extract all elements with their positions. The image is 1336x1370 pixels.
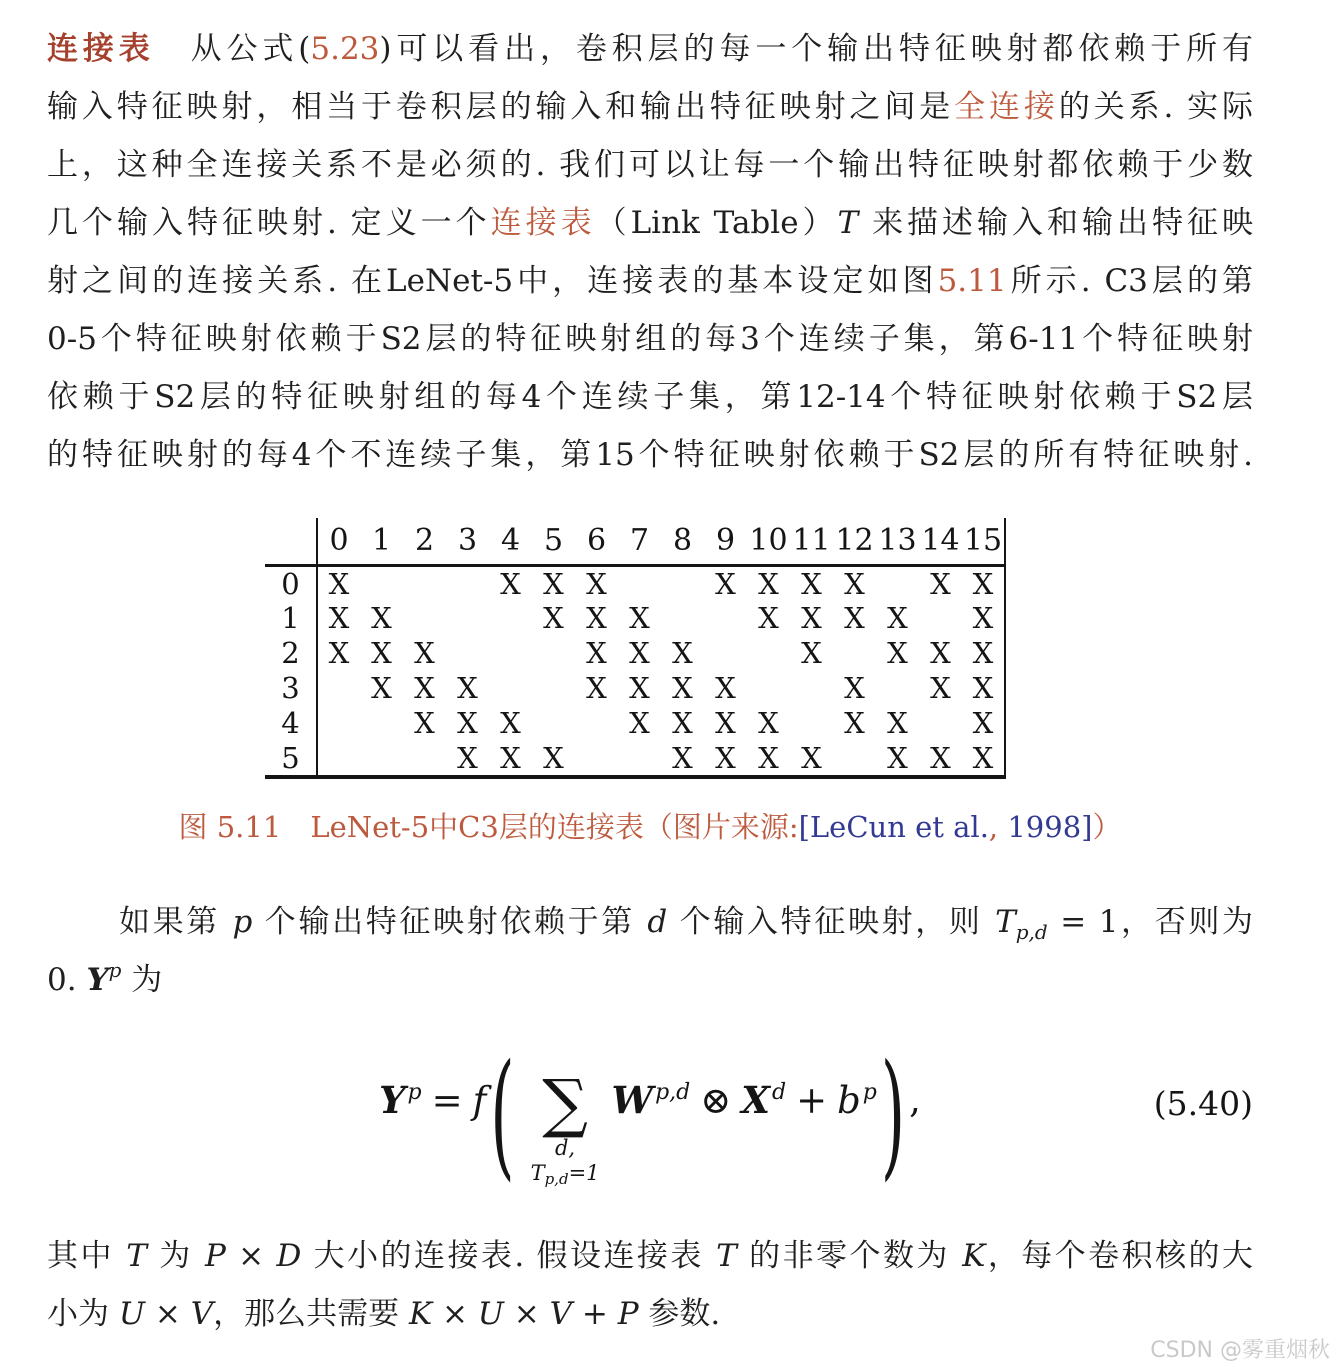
eq-comma: ,	[909, 1078, 921, 1121]
text-run: T	[995, 904, 1016, 940]
text-run: ×	[432, 1296, 478, 1332]
row-header: 3	[265, 671, 317, 706]
connection-mark: X	[919, 565, 962, 601]
connection-mark: X	[532, 601, 575, 636]
connection-mark: X	[360, 601, 403, 636]
paragraph-parameters: 其中 T 为 P × D 大小的连接表. 假设连接表 T 的非零个数为 K，每个…	[47, 1227, 1253, 1343]
connection-mark: X	[489, 565, 532, 601]
text-line: 依赖于S2层的特征映射组的每4个连续子集，第12-14个特征映射依赖于S2层	[47, 368, 1253, 426]
text-run: 来描述输入和输出特征映	[858, 205, 1253, 241]
eq-plus: +	[796, 1079, 827, 1122]
empty-cell	[532, 636, 575, 671]
connection-mark: X	[446, 706, 489, 741]
empty-cell	[790, 706, 833, 741]
text-run: 个输入特征映射，则	[667, 904, 995, 940]
text-line: 的特征映射的每4个不连续子集，第15个特征映射依赖于S2层的所有特征映射.	[47, 426, 1253, 484]
connection-table-body: 0XXXXXXXXXX1XXXXXXXXXX2XXXXXXXXXX3XXXXXX…	[265, 565, 1005, 777]
text-run: 射之间的连接关系. 在LeNet-5中，连接表的基本设定如图	[47, 263, 938, 299]
eq-close-paren: )	[881, 1046, 905, 1182]
header-row: 0123456789101112131415	[265, 518, 1005, 565]
empty-cell	[403, 741, 446, 777]
connection-mark: X	[360, 671, 403, 706]
connection-mark: X	[403, 671, 446, 706]
text-run: ）	[1092, 810, 1121, 844]
empty-cell	[446, 601, 489, 636]
page-content: 连接表 从公式(5.23)可以看出，卷积层的每一个输出特征映射都依赖于所有 输入…	[47, 20, 1253, 1343]
eq-sum-block: ∑ d, Tp,d=1	[531, 1072, 600, 1186]
empty-cell	[532, 671, 575, 706]
connection-mark: X	[747, 741, 790, 777]
sum-limit-line2: Tp,d=1	[531, 1161, 600, 1186]
text-line: 其中 T 为 P × D 大小的连接表. 假设连接表 T 的非零个数为 K，每个…	[47, 1227, 1253, 1285]
text-run: （Link Table）	[596, 205, 838, 241]
empty-cell	[317, 741, 360, 777]
eq-bias-base: b	[837, 1079, 861, 1122]
text-line: 射之间的连接关系. 在LeNet-5中，连接表的基本设定如图5.11所示. C3…	[47, 252, 1253, 310]
text-run: 个输出特征映射依赖于第	[252, 904, 647, 940]
text-run: p,d	[1016, 920, 1048, 944]
connection-mark: X	[575, 671, 618, 706]
text-run: 0-5个特征映射依赖于S2层的特征映射组的每3个连续子集，第6-11个特征映射	[47, 321, 1253, 357]
connection-mark: X	[876, 741, 919, 777]
connection-mark: X	[790, 741, 833, 777]
connection-mark: X	[833, 706, 876, 741]
reference-link[interactable]: 全连接	[954, 89, 1059, 125]
empty-cell	[876, 565, 919, 601]
connection-mark: X	[833, 601, 876, 636]
text-run: U	[119, 1296, 145, 1332]
connection-mark: X	[489, 706, 532, 741]
connection-mark: X	[317, 601, 360, 636]
text-run: 小为	[47, 1296, 119, 1332]
reference-link[interactable]: 1998]	[998, 810, 1092, 844]
connection-mark: X	[661, 671, 704, 706]
connection-mark: X	[919, 741, 962, 777]
eq-lhs-group: Yp=f	[379, 1078, 486, 1122]
figure-caption: 图 5.11 LeNet-5中C3层的连接表（图片来源:[LeCun et al…	[47, 805, 1253, 849]
text-run: ×	[145, 1296, 191, 1332]
text-run: 依赖于S2层的特征映射组的每4个连续子集，第12-14个特征映射依赖于S2层	[47, 379, 1253, 415]
empty-cell	[575, 741, 618, 777]
empty-cell	[876, 671, 919, 706]
text-run: ×	[504, 1296, 550, 1332]
connection-mark: X	[317, 636, 360, 671]
text-run: +	[572, 1296, 618, 1332]
connection-mark: X	[575, 636, 618, 671]
reference-link[interactable]: 5.11	[938, 263, 1007, 299]
connection-mark: X	[317, 565, 360, 601]
connection-mark: X	[532, 741, 575, 777]
text-run: LeNet-5中C3层的连接表（图片来源:	[310, 810, 798, 844]
text-run: K	[962, 1238, 985, 1274]
connection-mark: X	[962, 671, 1005, 706]
text-run: 输入特征映射，相当于卷积层的输入和输出特征映射之间是	[47, 89, 954, 125]
text-run: 为	[147, 1238, 205, 1274]
text-run: p	[232, 904, 252, 940]
connection-mark: X	[790, 636, 833, 671]
sum-limit-base: T	[531, 1161, 545, 1185]
text-run: 所示. C3层的第	[1007, 263, 1253, 299]
text-run: 从公式(	[191, 31, 311, 67]
empty-cell	[618, 741, 661, 777]
text-run: T	[126, 1238, 147, 1274]
text-run: ，那么共需要	[213, 1296, 409, 1332]
table-row: 3XXXXXXXXXX	[265, 671, 1005, 706]
column-header: 0	[317, 518, 360, 565]
sum-limit-sub: p,d	[545, 1170, 569, 1188]
text-run: 的非零个数为	[737, 1238, 962, 1274]
text-line: 小为 U × V，那么共需要 K × U × V + P 参数.	[47, 1285, 1253, 1343]
empty-cell	[489, 601, 532, 636]
connection-mark: X	[618, 636, 661, 671]
connection-table-header: 0123456789101112131415	[265, 518, 1005, 565]
connection-mark: X	[962, 706, 1005, 741]
connection-mark: X	[661, 636, 704, 671]
column-header: 14	[919, 518, 962, 565]
row-header: 0	[265, 565, 317, 601]
connection-mark: X	[446, 671, 489, 706]
empty-cell	[317, 671, 360, 706]
connection-mark: X	[833, 671, 876, 706]
connection-mark: X	[360, 636, 403, 671]
text-run: 0.	[47, 962, 86, 998]
empty-cell	[704, 636, 747, 671]
connection-mark: X	[661, 706, 704, 741]
connection-mark: X	[747, 565, 790, 601]
connection-mark: X	[876, 706, 919, 741]
empty-cell	[446, 636, 489, 671]
connection-mark: X	[704, 706, 747, 741]
column-header: 2	[403, 518, 446, 565]
connection-mark: X	[962, 601, 1005, 636]
eq-weight-base: W	[612, 1078, 654, 1122]
empty-cell	[661, 601, 704, 636]
eq-weight-sup: p,d	[655, 1080, 690, 1105]
text-run: 其中	[47, 1238, 126, 1274]
paragraph-link-table: 连接表 从公式(5.23)可以看出，卷积层的每一个输出特征映射都依赖于所有 输入…	[47, 20, 1253, 484]
empty-cell	[403, 601, 446, 636]
connection-mark: X	[919, 671, 962, 706]
empty-cell	[489, 636, 532, 671]
eq-function: f	[473, 1079, 487, 1122]
text-run: 为	[121, 962, 162, 998]
watermark: CSDN @雾重烟秋	[1150, 1333, 1330, 1364]
connection-mark: X	[876, 601, 919, 636]
text-run	[281, 810, 310, 844]
text-run: p	[109, 958, 122, 982]
connection-mark: X	[618, 706, 661, 741]
sum-limit-line1: d,	[555, 1136, 575, 1161]
text-line: 几个输入特征映射. 定义一个连接表（Link Table）T 来描述输入和输出特…	[47, 194, 1253, 252]
eq-otimes: ⊗	[700, 1079, 731, 1122]
text-run: ,	[989, 810, 998, 844]
connection-mark: X	[489, 741, 532, 777]
column-header: 12	[833, 518, 876, 565]
empty-cell	[833, 636, 876, 671]
connection-mark: X	[618, 671, 661, 706]
empty-cell	[919, 706, 962, 741]
reference-link[interactable]: 连接表	[491, 205, 596, 241]
empty-cell	[360, 741, 403, 777]
text-run: P	[618, 1296, 639, 1332]
eq-bias-sup: p	[863, 1080, 877, 1105]
connection-table: 0123456789101112131415 0XXXXXXXXXX1XXXXX…	[265, 518, 1006, 779]
figure-5-11: 0123456789101112131415 0XXXXXXXXXX1XXXXX…	[47, 518, 1253, 849]
column-header: 9	[704, 518, 747, 565]
row-header: 2	[265, 636, 317, 671]
column-header: 5	[532, 518, 575, 565]
connection-mark: X	[704, 741, 747, 777]
text-run: ，每个卷积核的大	[985, 1238, 1253, 1274]
text-run: U	[478, 1296, 504, 1332]
text-run: )可以看出，卷积层的每一个输出特征映射都依赖于所有	[379, 31, 1253, 67]
equation-body: Yp=f ( ∑ d, Tp,d=1 Wp,d⊗Xd+bp ) ,	[379, 1058, 921, 1172]
row-header: 4	[265, 706, 317, 741]
column-header: 10	[747, 518, 790, 565]
connection-mark: X	[618, 601, 661, 636]
connection-mark: X	[919, 636, 962, 671]
connection-mark: X	[962, 636, 1005, 671]
row-header: 5	[265, 741, 317, 777]
text-line: 0-5个特征映射依赖于S2层的特征映射组的每3个连续子集，第6-11个特征映射	[47, 310, 1253, 368]
connection-mark: X	[575, 565, 618, 601]
connection-mark: X	[704, 671, 747, 706]
equation-540: Yp=f ( ∑ d, Tp,d=1 Wp,d⊗Xd+bp ) , (5.40)	[47, 1021, 1253, 1209]
empty-cell	[704, 601, 747, 636]
connection-mark: X	[876, 636, 919, 671]
empty-cell	[360, 565, 403, 601]
eq-input-sup: d	[772, 1080, 786, 1105]
empty-cell	[618, 565, 661, 601]
connection-mark: X	[790, 565, 833, 601]
text-run: 参数.	[639, 1296, 721, 1332]
row-header: 1	[265, 601, 317, 636]
connection-mark: X	[403, 706, 446, 741]
table-row: 5XXXXXXXXXX	[265, 741, 1005, 777]
text-run: P	[205, 1238, 226, 1274]
reference-link[interactable]: 5.23	[310, 31, 379, 67]
empty-cell	[317, 706, 360, 741]
text-line: 连接表 从公式(5.23)可以看出，卷积层的每一个输出特征映射都依赖于所有	[47, 20, 1253, 78]
empty-cell	[833, 741, 876, 777]
column-header: 3	[446, 518, 489, 565]
empty-cell	[661, 565, 704, 601]
empty-cell	[446, 565, 489, 601]
text-run: d	[647, 904, 667, 940]
paragraph-definition: 如果第 p 个输出特征映射依赖于第 d 个输入特征映射，则 Tp,d = 1，否…	[47, 893, 1253, 1009]
text-line: 0. Yp 为	[47, 951, 1253, 1009]
text-run	[155, 31, 191, 67]
text-line: 如果第 p 个输出特征映射依赖于第 d 个输入特征映射，则 Tp,d = 1，否…	[47, 893, 1253, 951]
text-run: = 1，否则为	[1048, 904, 1253, 940]
text-run: 大小的连接表. 假设连接表	[301, 1238, 716, 1274]
empty-cell	[575, 706, 618, 741]
text-run: 如果第	[119, 904, 232, 940]
column-header: 8	[661, 518, 704, 565]
text-run: 的关系. 实际	[1059, 89, 1253, 125]
connection-mark: X	[661, 741, 704, 777]
column-header: 15	[962, 518, 1005, 565]
text-run: 几个输入特征映射. 定义一个	[47, 205, 491, 241]
text-run: V	[550, 1296, 572, 1332]
connection-mark: X	[704, 565, 747, 601]
text-run: 连接表	[47, 31, 155, 67]
table-row: 1XXXXXXXXXX	[265, 601, 1005, 636]
text-run: 的特征映射的每4个不连续子集，第15个特征映射依赖于S2层的所有特征映射.	[47, 437, 1253, 473]
column-header: 6	[575, 518, 618, 565]
empty-cell	[747, 636, 790, 671]
eq-lhs-sup: p	[408, 1080, 422, 1105]
document-page: 连接表 从公式(5.23)可以看出，卷积层的每一个输出特征映射都依赖于所有 输入…	[0, 0, 1336, 1370]
column-header: 11	[790, 518, 833, 565]
text-run: T	[716, 1238, 737, 1274]
empty-cell	[360, 706, 403, 741]
connection-mark: X	[446, 741, 489, 777]
column-header: 13	[876, 518, 919, 565]
connection-mark: X	[833, 565, 876, 601]
connection-mark: X	[747, 601, 790, 636]
text-run: V	[191, 1296, 213, 1332]
empty-cell	[747, 671, 790, 706]
empty-cell	[790, 671, 833, 706]
sum-limit-rhs: =1	[569, 1161, 600, 1185]
table-row: 4XXXXXXXXXX	[265, 706, 1005, 741]
text-run: D	[276, 1238, 301, 1274]
reference-link[interactable]: [LeCun et al.	[799, 810, 989, 844]
text-run: T	[838, 205, 859, 241]
eq-input-base: X	[741, 1078, 770, 1122]
empty-cell	[532, 706, 575, 741]
text-run: K	[409, 1296, 432, 1332]
connection-mark: X	[790, 601, 833, 636]
eq-equals: =	[432, 1079, 463, 1122]
sum-symbol: ∑	[542, 1072, 588, 1136]
empty-cell	[403, 565, 446, 601]
table-row: 0XXXXXXXXXX	[265, 565, 1005, 601]
eq-lhs-base: Y	[379, 1078, 405, 1122]
column-header: 1	[360, 518, 403, 565]
text-run: ×	[226, 1238, 277, 1274]
connection-mark: X	[532, 565, 575, 601]
empty-cell	[919, 601, 962, 636]
empty-cell	[489, 671, 532, 706]
eq-open-paren: (	[490, 1046, 514, 1182]
table-row: 2XXXXXXXXXX	[265, 636, 1005, 671]
column-header: 7	[618, 518, 661, 565]
text-line: 输入特征映射，相当于卷积层的输入和输出特征映射之间是全连接的关系. 实际	[47, 78, 1253, 136]
eq-body-group: Wp,d⊗Xd+bp	[612, 1078, 877, 1122]
connection-mark: X	[962, 741, 1005, 777]
connection-mark: X	[962, 565, 1005, 601]
text-line: 上，这种全连接关系不是必须的. 我们可以让每一个输出特征映射都依赖于少数	[47, 136, 1253, 194]
connection-mark: X	[747, 706, 790, 741]
text-run: Y	[86, 962, 108, 998]
text-run: 图 5.11	[179, 810, 282, 844]
column-header: 4	[489, 518, 532, 565]
connection-mark: X	[403, 636, 446, 671]
table-corner-cell	[265, 518, 317, 565]
connection-mark: X	[575, 601, 618, 636]
text-run: 上，这种全连接关系不是必须的. 我们可以让每一个输出特征映射都依赖于少数	[47, 147, 1253, 183]
equation-number: (5.40)	[1154, 1084, 1253, 1123]
